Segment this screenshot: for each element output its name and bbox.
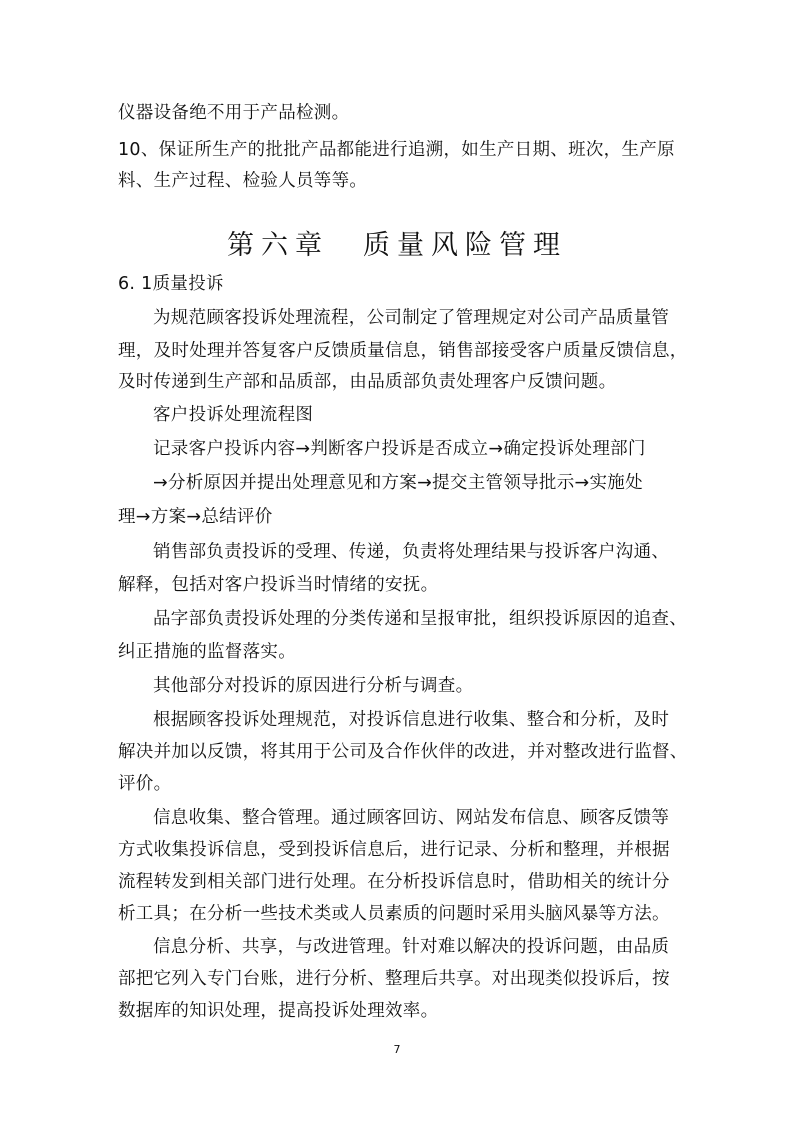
section-heading: 6. 1质量投诉 (118, 273, 684, 295)
paragraph-line: 信息收集、整合管理。通过顾客回访、网站发布信息、顾客反馈等 (153, 807, 684, 829)
document-page: 仪器设备绝不用于产品检测。 10、保证所生产的批批产品都能进行追溯，如生产日期、… (0, 0, 794, 1123)
paragraph-line: 品字部负责投诉处理的分类传递和呈报审批，组织投诉原因的追查、 (153, 608, 684, 630)
paragraph-line: 及时传递到生产部和品质部，由品质部负责处理客户反馈问题。 (118, 371, 684, 393)
paragraph-line: 为规范顾客投诉处理流程，公司制定了管理规定对公司产品质量管 (153, 307, 684, 329)
text-line: 仪器设备绝不用于产品检测。 (118, 102, 684, 124)
paragraph-line: 信息分析、共享，与改进管理。针对难以解决的投诉问题，由品质 (153, 936, 684, 958)
paragraph-line: 理，及时处理并答复客户反馈质量信息，销售部接受客户质量反馈信息， (118, 340, 684, 362)
paragraph-line: 销售部负责投诉的受理、传递，负责将处理结果与投诉客户沟通、 (153, 541, 684, 563)
paragraph-line: 纠正措施的监督落实。 (118, 641, 684, 663)
paragraph-line: 部把它列入专门台账，进行分析、整理后共享。对出现类似投诉后，按 (118, 968, 684, 990)
chapter-title: 第六章 质量风险管理 (0, 229, 794, 263)
paragraph-line: 其他部分对投诉的原因进行分析与调查。 (153, 675, 684, 697)
paragraph-line: 评价。 (118, 773, 684, 795)
paragraph-line: 解决并加以反馈，将其用于公司及合作伙伴的改进，并对整改进行监督、 (118, 741, 684, 763)
paragraph-line: 理→方案→总结评价 (118, 506, 684, 528)
paragraph-line: 客户投诉处理流程图 (153, 404, 684, 426)
paragraph-line: 根据顾客投诉处理规范，对投诉信息进行收集、整合和分析，及时 (153, 709, 684, 731)
paragraph-line: 记录客户投诉内容→判断客户投诉是否成立→确定投诉处理部门 (153, 438, 684, 460)
paragraph-line: →分析原因并提出处理意见和方案→提交主管领导批示→实施处 (153, 472, 684, 494)
page-number: 7 (0, 1043, 794, 1056)
text-line: 10、保证所生产的批批产品都能进行追溯，如生产日期、班次，生产原 (118, 139, 684, 161)
paragraph-line: 数据库的知识处理，提高投诉处理效率。 (118, 1000, 684, 1022)
paragraph-line: 流程转发到相关部门进行处理。在分析投诉信息时，借助相关的统计分 (118, 871, 684, 893)
text-line: 料、生产过程、检验人员等等。 (118, 170, 684, 192)
paragraph-line: 方式收集投诉信息，受到投诉信息后，进行记录、分析和整理，并根据 (118, 839, 684, 861)
paragraph-line: 解释，包括对客户投诉当时情绪的安抚。 (118, 574, 684, 596)
paragraph-line: 析工具；在分析一些技术类或人员素质的问题时采用头脑风暴等方法。 (118, 903, 684, 925)
